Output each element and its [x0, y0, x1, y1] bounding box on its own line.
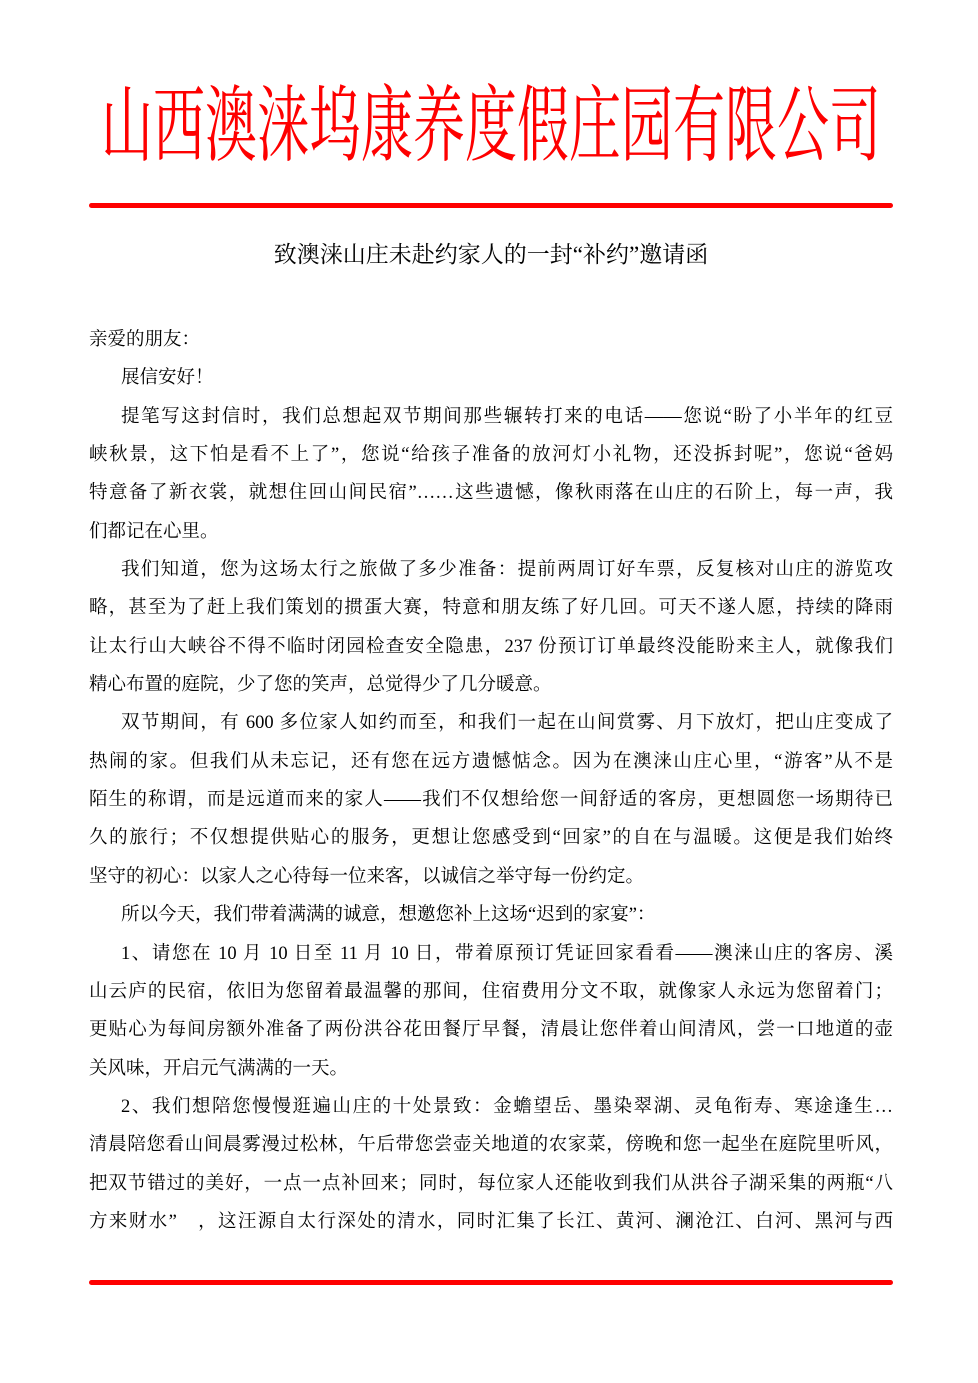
letter-title: 致澳涞山庄未赴约家人的一封“补约”邀请函 — [89, 240, 893, 270]
body-line: 提笔写这封信时，我们总想起双节期间那些辗转打来的电话——您说“盼了小半年的红豆 — [89, 398, 893, 436]
body-line: 关风味，开启元气满满的一天。 — [89, 1050, 893, 1088]
body-line: 1、请您在 10 月 10 日至 11 月 10 日，带着原预订凭证回家看看——… — [89, 935, 893, 973]
body-line: 双节期间，有 600 多位家人如约而至，和我们一起在山间赏雾、月下放灯，把山庄变… — [89, 704, 893, 742]
footer-divider-line — [89, 1280, 893, 1285]
body-line: 山云庐的民宿，依旧为您留着最温馨的那间，住宿费用分文不取，就像家人永远为您留着门… — [89, 973, 893, 1011]
body-line: 亲爱的朋友： — [89, 321, 893, 359]
body-line: 略，甚至为了赶上我们策划的掼蛋大赛，特意和朋友练了好几回。可天不遂人愿，持续的降… — [89, 589, 893, 627]
body-line: 我们知道，您为这场太行之旅做了多少准备：提前两周订好车票，反复核对山庄的游览攻 — [89, 551, 893, 589]
body-line: 2、我们想陪您慢慢逛遍山庄的十处景致：金蟾望岳、墨染翠湖、灵龟衔寿、寒途逢生… — [89, 1088, 893, 1126]
body-line: 峡秋景，这下怕是看不上了”，您说“给孩子准备的放河灯小礼物，还没拆封呢”，您说“… — [89, 436, 893, 474]
body-line: 让太行山大峡谷不得不临时闭园检查安全隐患，237 份预订订单最终没能盼来主人，就… — [89, 628, 893, 666]
body-line: 特意备了新衣裳，就想住回山间民宿”……这些遗憾，像秋雨落在山庄的石阶上，每一声，… — [89, 474, 893, 512]
body-line: 精心布置的庭院，少了您的笑声，总觉得少了几分暖意。 — [89, 666, 893, 704]
body-line: 方来财水” ，这汪源自太行深处的清水，同时汇集了长江、黄河、澜沧江、白河、黑河与… — [89, 1203, 893, 1241]
letter-body: 亲爱的朋友：展信安好！提笔写这封信时，我们总想起双节期间那些辗转打来的电话——您… — [89, 321, 893, 1241]
body-line: 热闹的家。但我们从未忘记，还有您在远方遗憾惦念。因为在澳涞山庄心里，“游客”从不… — [89, 743, 893, 781]
body-line: 更贴心为每间房额外准备了两份洪谷花田餐厅早餐，清晨让您伴着山间清风，尝一口地道的… — [89, 1011, 893, 1049]
body-line: 坚守的初心：以家人之心待每一位来客，以诚信之举守每一份约定。 — [89, 858, 893, 896]
body-line: 久的旅行；不仅想提供贴心的服务，更想让您感受到“回家”的自在与温暖。这便是我们始… — [89, 819, 893, 857]
body-line: 所以今天，我们带着满满的诚意，想邀您补上这场“迟到的家宴”： — [89, 896, 893, 934]
header-divider-line — [89, 203, 893, 208]
body-line: 清晨陪您看山间晨雾漫过松林，午后带您尝壶关地道的农家菜，傍晚和您一起坐在庭院里听… — [89, 1126, 893, 1164]
company-name: 山西澳涞坞康养度假庄园有限公司 — [101, 85, 881, 172]
body-line: 把双节错过的美好，一点一点补回来；同时，每位家人还能收到我们从洪谷子湖采集的两瓶… — [89, 1165, 893, 1203]
company-letterhead: 山西澳涞坞康养度假庄园有限公司 — [89, 85, 893, 140]
body-line: 陌生的称谓，而是远道而来的家人——我们不仅想给您一间舒适的客房，更想圆您一场期待… — [89, 781, 893, 819]
body-line: 们都记在心里。 — [89, 513, 893, 551]
body-line: 展信安好！ — [89, 359, 893, 397]
document-page: { "header": { "company_name": "山西澳涞坞康养度假… — [0, 0, 978, 1383]
